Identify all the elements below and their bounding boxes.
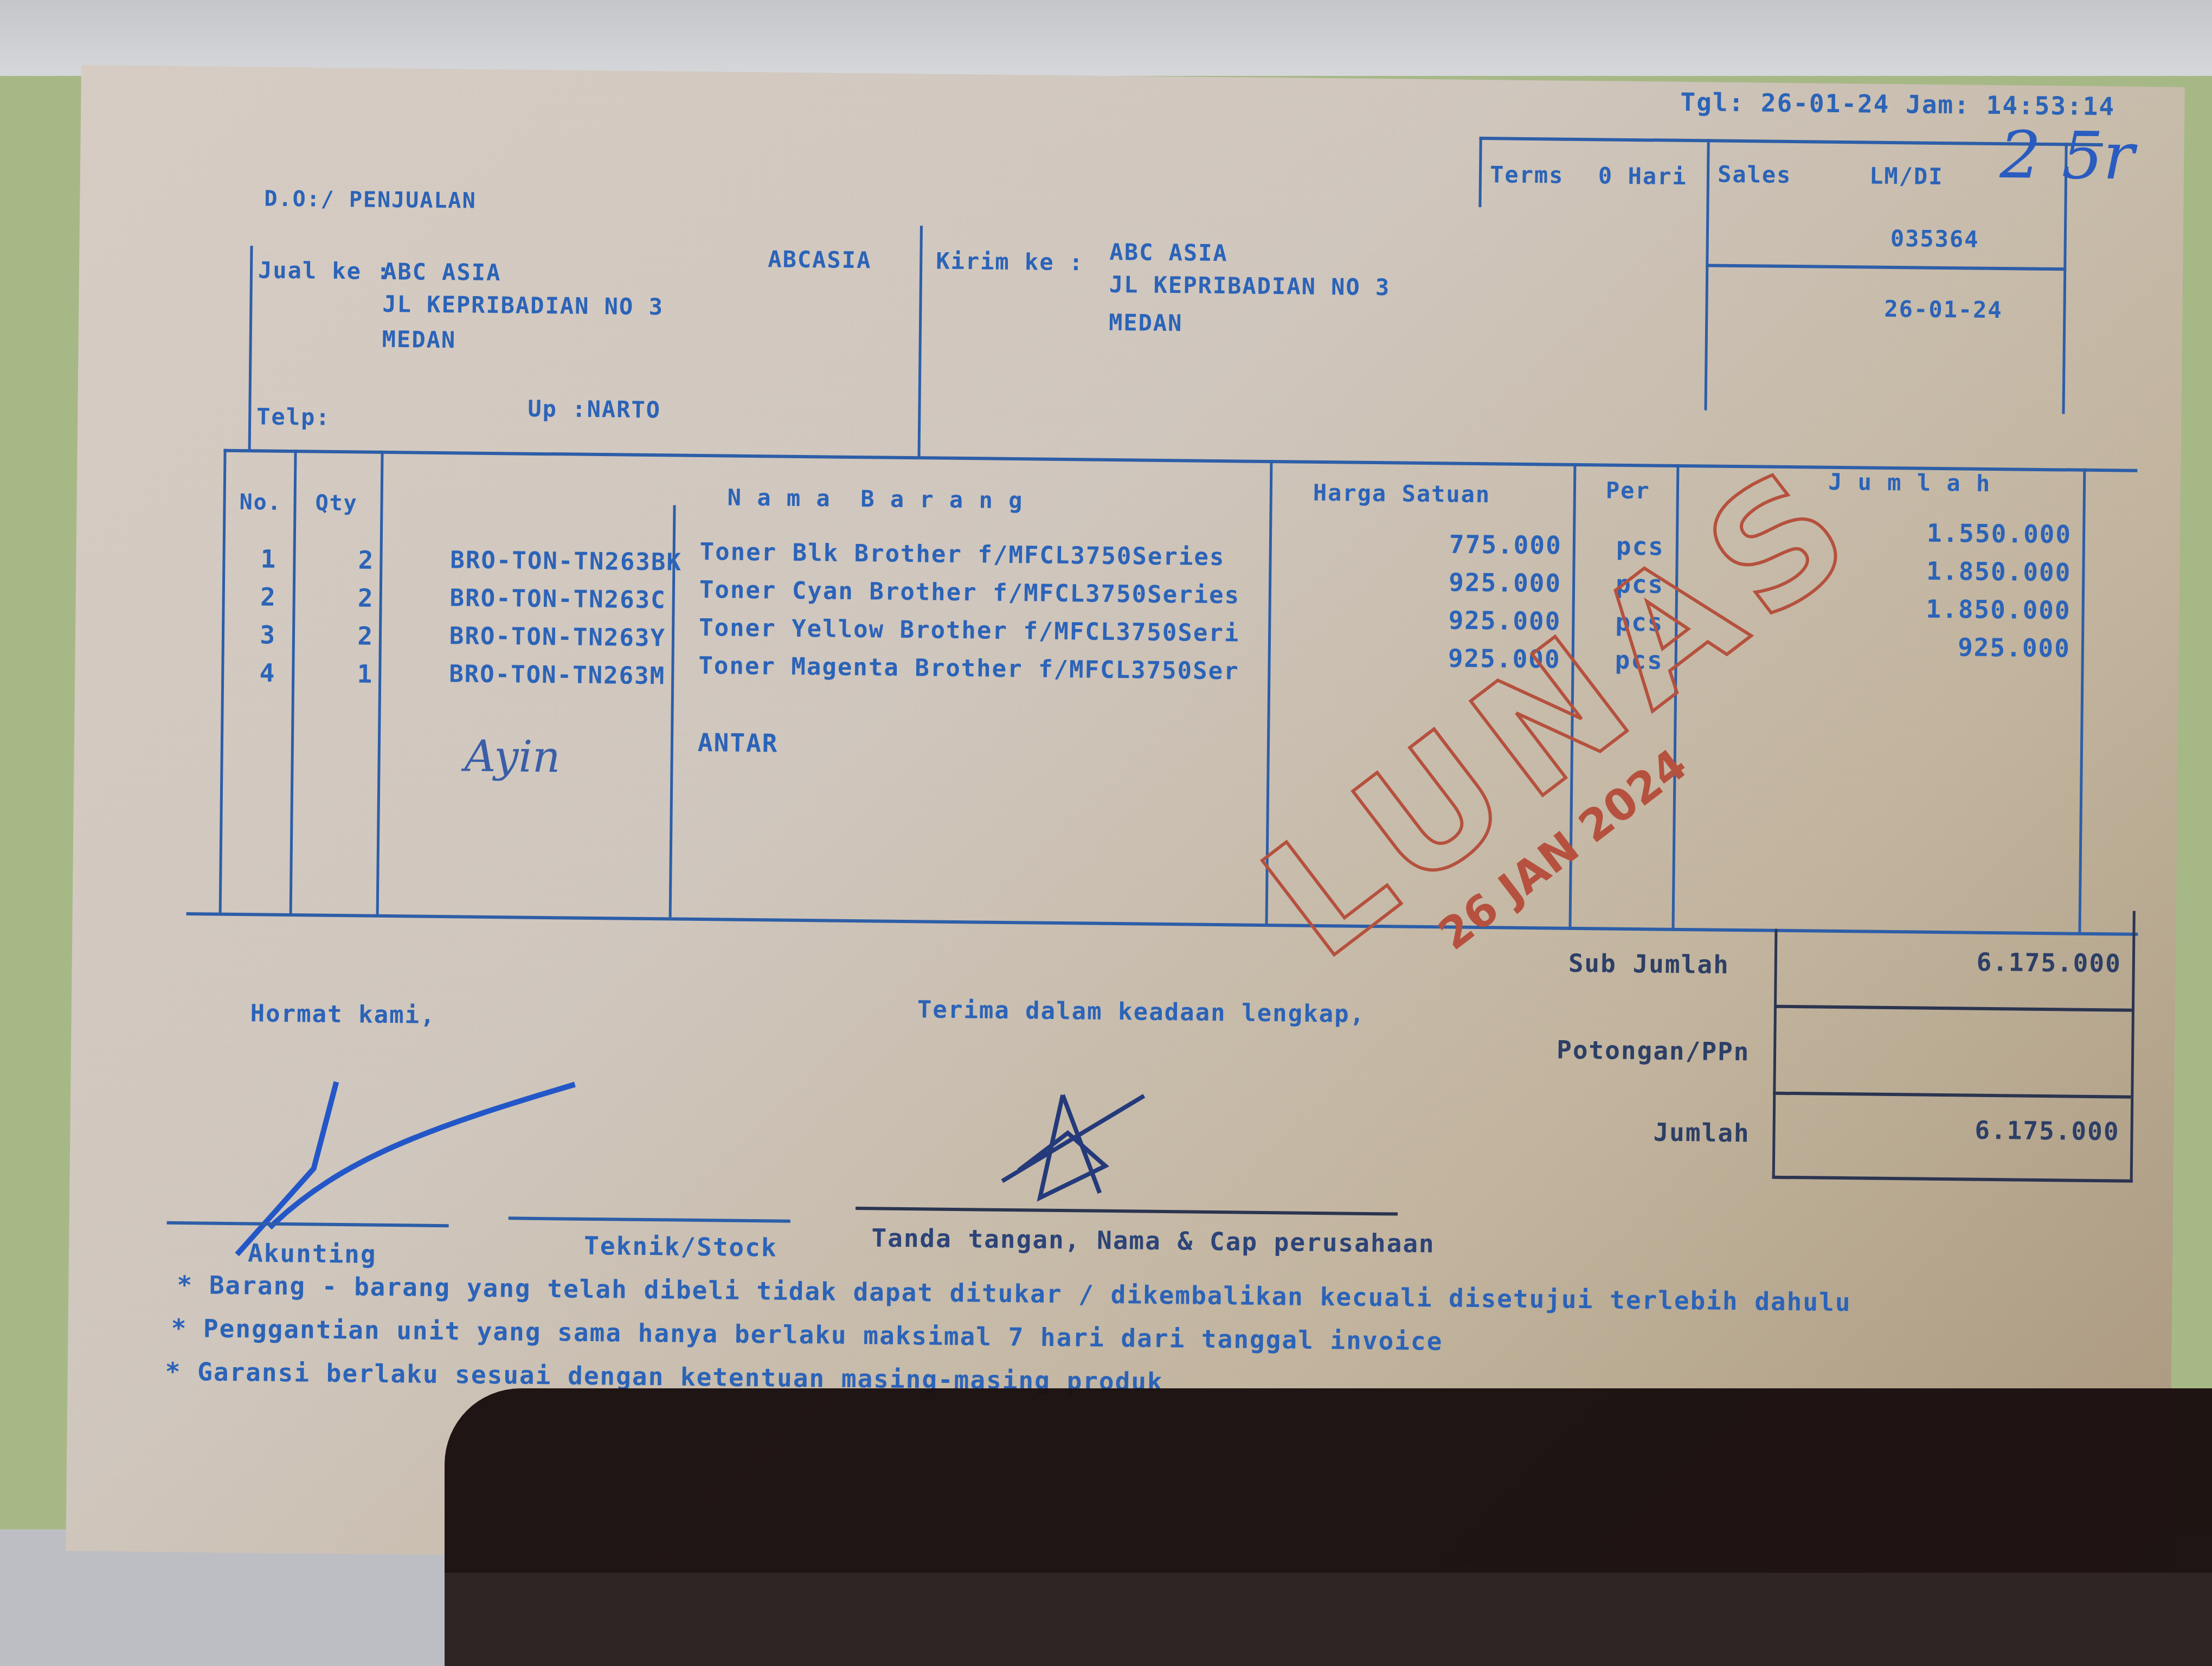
divider <box>1706 264 2066 271</box>
header-per: Per <box>1606 477 1650 504</box>
row-amount: 1.850.000 <box>1864 594 2071 625</box>
sales-value: LM/DI <box>1869 163 1944 190</box>
handwritten-initial: Ayin <box>464 731 561 782</box>
background-wall <box>0 0 2212 76</box>
timestamp: Tgl: 26-01-24 Jam: 14:53:14 <box>1680 87 2115 121</box>
terms-value: 0 Hari <box>1598 162 1687 190</box>
row-description: Toner Magenta Brother f/MFCL3750Ser <box>698 652 1239 685</box>
terms-label: Terms <box>1490 161 1564 188</box>
row-unit-price: 925.000 <box>1377 567 1562 598</box>
ship-to-label: Kirim ke : <box>936 248 1084 276</box>
divider <box>1478 137 1482 207</box>
row-qty: 2 <box>303 582 374 612</box>
ship-to-city: MEDAN <box>1109 309 1183 336</box>
divider <box>1705 139 1710 410</box>
paid-stamp: LUNAS <box>1231 425 1894 995</box>
row-qty: 1 <box>303 658 374 688</box>
regards-label: Hormat kami, <box>250 999 435 1029</box>
row-unit-price: 775.000 <box>1378 529 1562 560</box>
note-replacement-policy: * Penggantian unit yang sama hanya berla… <box>171 1313 1443 1356</box>
row-no: 2 <box>205 581 276 611</box>
phone-label: Telp: <box>256 403 331 430</box>
header-unit-price: Harga Satuan <box>1313 479 1491 508</box>
discount-label: Potongan/PPn <box>1557 1035 1750 1067</box>
subtotal-value: 6.175.000 <box>1861 946 2122 978</box>
total-value: 6.175.000 <box>1859 1114 2120 1146</box>
divider <box>1774 1005 2132 1012</box>
row-amount: 925.000 <box>1864 632 2071 663</box>
row-no: 3 <box>205 619 276 649</box>
row-amount: 1.550.000 <box>1866 518 2072 549</box>
row-description: Toner Yellow Brother f/MFCL3750Seri <box>699 614 1240 647</box>
delivery-note: ANTAR <box>698 728 779 758</box>
col-divider <box>376 451 384 917</box>
ship-to-name: ABC ASIA <box>1109 239 1228 266</box>
row-code: BRO-TON-TN263Y <box>449 622 666 652</box>
customer-code: ABCASIA <box>768 246 872 273</box>
sold-to-name: ABC ASIA <box>383 258 501 286</box>
document-type: D.O:/ PENJUALAN <box>264 187 477 214</box>
table-bottom-border <box>187 912 2138 936</box>
divider <box>248 246 253 452</box>
row-description: Toner Cyan Brother f/MFCL3750Series <box>699 576 1240 609</box>
header-amount: J u m l a h <box>1828 469 1991 497</box>
handwritten-note: 2 5r <box>1999 118 2135 195</box>
sold-to-address: JL KEPRIBADIAN NO 3 <box>382 291 664 320</box>
ship-to-address: JL KEPRIBADIAN NO 3 <box>1109 271 1391 300</box>
invoice-paper: Tgl: 26-01-24 Jam: 14:53:14 D.O:/ PENJUA… <box>66 65 2184 1573</box>
photo-shadow-lower <box>445 1573 2212 1666</box>
row-amount: 1.850.000 <box>1865 556 2072 587</box>
subtotal-label: Sub Jumlah <box>1568 949 1730 979</box>
row-no: 4 <box>205 657 276 687</box>
header-item-name: N a m a B a r a n g <box>727 484 1023 514</box>
invoice-date: 26-01-24 <box>1884 296 2003 323</box>
total-label: Jumlah <box>1653 1117 1750 1148</box>
accounting-label: Akunting <box>248 1238 377 1268</box>
col-divider <box>290 450 297 916</box>
received-label: Terima dalam keadaan lengkap, <box>917 996 1366 1028</box>
row-code: BRO-TON-TN263C <box>449 584 666 614</box>
col-divider <box>2078 469 2086 935</box>
row-qty: 2 <box>303 620 374 650</box>
note-return-policy: * Barang - barang yang telah dibeli tida… <box>177 1270 1851 1317</box>
divider <box>917 226 923 459</box>
row-code: BRO-TON-TN263BK <box>450 546 682 576</box>
sales-label: Sales <box>1718 161 1792 188</box>
sold-to-label: Jual ke : <box>258 257 391 285</box>
header-qty: Qty <box>315 491 358 516</box>
divider <box>1773 1092 2131 1099</box>
sold-to-city: MEDAN <box>382 326 456 353</box>
row-qty: 2 <box>304 544 375 574</box>
header-no: No. <box>239 490 282 515</box>
company-sign-label: Tanda tangan, Nama & Cap perusahaan <box>871 1223 1435 1258</box>
row-description: Toner Blk Brother f/MFCL3750Series <box>699 538 1225 571</box>
receiver-signature <box>980 1072 1199 1226</box>
row-code: BRO-TON-TN263M <box>449 660 665 690</box>
discount-value <box>1860 1038 2120 1041</box>
divider <box>1772 1176 2133 1183</box>
divider <box>2130 911 2136 1182</box>
row-no: 1 <box>206 543 277 573</box>
warehouse-label: Teknik/Stock <box>584 1231 777 1263</box>
attention: Up :NARTO <box>528 395 661 424</box>
invoice-number: 035364 <box>1891 225 1979 253</box>
divider <box>1772 929 1778 1178</box>
